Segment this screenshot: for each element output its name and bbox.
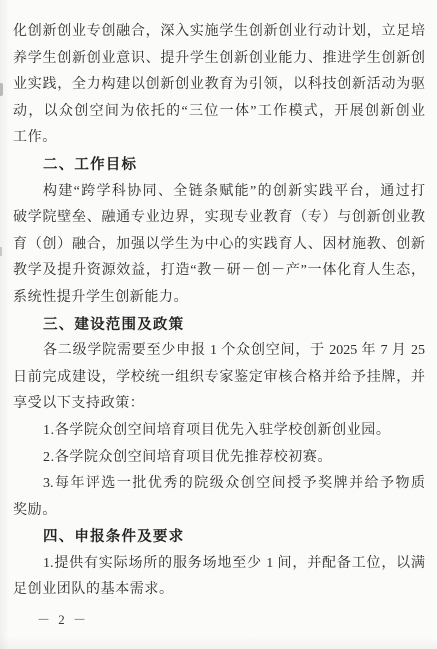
list-item: 2.各学院众创空间培育项目优先推荐校初赛。 <box>13 445 425 472</box>
text-line: 足创业团队的基本需求。 <box>13 577 425 604</box>
list-item: 1.各学院众创空间培育项目优先入驻学校创新创业园。 <box>13 418 425 445</box>
scan-artifact <box>0 247 2 256</box>
scan-edge-shading <box>0 0 9 649</box>
document-body: 化创新创业专创融合，深入实施学生创新创业行动计划，立足培 养学生创新创业意识、提… <box>13 19 425 604</box>
text-line: 工作。 <box>13 125 425 152</box>
text-line: 教学及提升资源效益，打造“教－研－创－产”一体化育人生态， <box>13 258 425 285</box>
text-line: 构建“跨学科协同、全链条赋能”的创新实践平台，通过打 <box>13 179 425 206</box>
text-line: 破学院壁垒、融通专业边界，实现专业教育（专）与创新创业教 <box>13 205 425 232</box>
text-line: 动，以众创空间为依托的“三位一体”工作模式，开展创新创业 <box>13 99 425 126</box>
heading-construction-scope: 三、建设范围及政策 <box>13 312 425 339</box>
text-line: 化创新创业专创融合，深入实施学生创新创业行动计划，立足培 <box>13 19 425 46</box>
text-line: 享受以下支持政策： <box>13 391 425 418</box>
heading-application-requirements: 四、申报条件及要求 <box>13 524 425 551</box>
scan-artifact <box>0 83 3 96</box>
page-number: － 2 － <box>37 607 89 633</box>
text-line: 养学生创新创业意识、提升学生创新创业能力、推进学生创新创 <box>13 46 425 73</box>
text-line: 各二级学院需要至少申报 1 个众创空间，于 2025 年 7 月 25 <box>13 338 425 365</box>
scan-bottom-shading <box>0 637 437 649</box>
text-line: 奖励。 <box>13 498 425 525</box>
text-line: 育（创）融合，加强以学生为中心的实践育人、因材施教、创新 <box>13 232 425 259</box>
text-line: 系统性提升学生创新能力。 <box>13 285 425 312</box>
document-page: 化创新创业专创融合，深入实施学生创新创业行动计划，立足培 养学生创新创业意识、提… <box>0 0 437 649</box>
text-line: 1.提供有实际场所的服务场地至少 1 间，并配备工位，以满 <box>13 551 425 578</box>
heading-work-goals: 二、工作目标 <box>13 152 425 179</box>
text-line: 日前完成建设，学校统一组织专家鉴定审核合格并给予挂牌，并 <box>13 365 425 392</box>
list-item: 3.每年评选一批优秀的院级众创空间授予奖牌并给予物质 <box>13 471 425 498</box>
text-line: 业实践，全力构建以创新创业教育为引领，以科技创新活动为驱 <box>13 72 425 99</box>
